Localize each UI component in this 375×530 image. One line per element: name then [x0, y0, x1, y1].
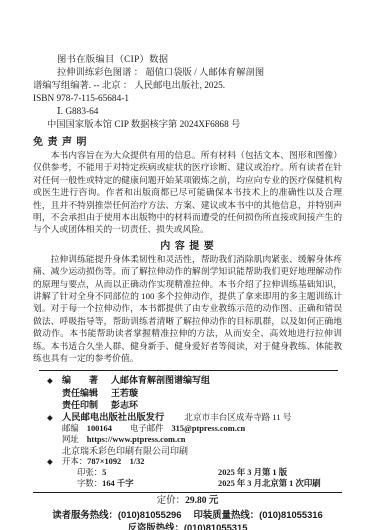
edition-value: 2025 年 3 月第 1 版 — [218, 468, 287, 479]
quality-hotline-label: 印装质量热线： — [194, 509, 260, 520]
email-label: 电子邮件 — [130, 424, 164, 433]
price-label: 定价： — [157, 496, 186, 506]
credit-role: 编 著 — [62, 374, 102, 386]
website-row: 网址https://www.ptpress.com.cn — [33, 435, 342, 446]
printer-row: 北京瑞禾彩色印刷有限公司印刷 — [33, 446, 342, 458]
colophon-top-divider — [39, 370, 338, 371]
cip-title: 图书在版编目（CIP）数据 — [33, 54, 342, 67]
cip-isbn: ISBN 978-7-115-65684-1 — [33, 93, 342, 106]
quality-hotline-value: (010)81055316 — [259, 509, 323, 520]
credit-row-author: ◆ 编 著 人邮体育解剖图谱编写组 — [33, 374, 342, 387]
email-value: 315@ptpress.com.cn — [171, 424, 245, 433]
publisher-address: 北京市丰台区成寿寺路 11 号 — [184, 411, 291, 424]
credit-role: 责任印制 — [62, 399, 102, 411]
abstract-section: 内 容 提 要 拉伸训练能提升身体柔韧性和灵活性，帮助我们消除肌肉紧张、缓解身体… — [33, 240, 342, 365]
abstract-title: 内 容 提 要 — [33, 240, 342, 253]
publisher-row: ◆ 人民邮电出版社出版发行 北京市丰台区成寿寺路 11 号 — [33, 411, 342, 425]
cip-record-number: 中国国家版本馆 CIP 数据核字第 2024XF6868 号 — [33, 119, 342, 132]
sheets-cell: 印张：5 — [62, 468, 218, 479]
cip-section: 图书在版编目（CIP）数据 拉伸训练彩色图谱 ： 超值口袋版 / 人邮体育解剖图… — [33, 54, 342, 132]
diamond-bullet-icon: ◆ — [47, 375, 62, 387]
hotline-row-1: 读者服务热线：(010)81055296印装质量热线：(010)81055316 — [33, 508, 342, 521]
cip-class-code: Ⅰ. G883-64 — [33, 106, 342, 119]
postcode-value: 100164 — [87, 424, 112, 433]
publisher-name: 人民邮电出版社出版发行 — [62, 412, 164, 425]
website-value: https://www.ptpress.com.cn — [87, 435, 186, 444]
price-divider — [33, 492, 342, 493]
spec-row-words-impression: 字数：164 千字 2025 年 3 月北京第 1 次印刷 — [33, 479, 342, 490]
postcode-email-row: 邮编100164 电子邮件315@ptpress.com.cn — [33, 424, 342, 435]
credit-role: 责任编辑 — [62, 387, 102, 399]
hotline-row-2: 反盗版热线：(010)81055315 — [33, 521, 342, 530]
disclaimer-section: 免 责 声 明 本书内容旨在为大众提供有用的信息。所有材料（包括文本、图形和图像… — [33, 136, 342, 236]
format-cell: 开本：787×1092 1/32 — [62, 457, 218, 468]
diamond-bullet-icon: ◆ — [47, 412, 62, 425]
format-value: 787×1092 1/32 — [87, 457, 144, 466]
spec-row-format: ◆ 开本：787×1092 1/32 — [33, 457, 342, 468]
sheets-label: 印张： — [77, 468, 102, 477]
disclaimer-title: 免 责 声 明 — [33, 136, 342, 149]
credit-name: 彭志环 — [111, 399, 138, 411]
credit-row-editor: 责任编辑 王若璇 — [33, 387, 342, 399]
abstract-body: 拉伸训练能提升身体柔韧性和灵活性，帮助我们消除肌肉紧张、缓解身体疼痛、减少运动损… — [33, 253, 342, 365]
credit-name: 王若璇 — [111, 387, 138, 399]
price-row: 定价：29.80 元 — [33, 495, 342, 508]
credit-row-printing-supervisor: 责任印制 彭志环 — [33, 399, 342, 411]
antipiracy-hotline-value: (010)81055315 — [184, 522, 248, 530]
sheets-value: 5 — [102, 468, 106, 477]
spec-row-sheets-edition: 印张：5 2025 年 3 月第 1 版 — [33, 468, 342, 479]
cip-line-2: 谱编写组编著. -- 北京 ： 人民邮电出版社, 2025. — [33, 80, 342, 93]
antipiracy-hotline-label: 反盗版热线： — [128, 522, 184, 530]
price-value: 29.80 元 — [185, 496, 218, 506]
book-copyright-page: 图书在版编目（CIP）数据 拉伸训练彩色图谱 ： 超值口袋版 / 人邮体育解剖图… — [0, 0, 375, 530]
words-label: 字数： — [77, 479, 102, 488]
website-label: 网址 — [62, 435, 79, 444]
impression-value: 2025 年 3 月北京第 1 次印刷 — [218, 479, 321, 490]
reader-hotline-label: 读者服务热线： — [52, 509, 118, 520]
cip-line-1: 拉伸训练彩色图谱 ： 超值口袋版 / 人邮体育解剖图 — [33, 67, 342, 80]
colophon-section: ◆ 编 著 人邮体育解剖图谱编写组 责任编辑 王若璇 责任印制 彭志环 ◆ 人民… — [33, 374, 342, 530]
format-label: 开本： — [62, 457, 87, 466]
words-cell: 字数：164 千字 — [62, 479, 218, 490]
disclaimer-body: 本书内容旨在为大众提供有用的信息。所有材料（包括文本、图形和图像）仅供参考，不能… — [33, 149, 342, 236]
diamond-bullet-icon: ◆ — [47, 457, 62, 468]
postcode-label: 邮编 — [62, 424, 79, 433]
reader-hotline-value: (010)81055296 — [118, 509, 182, 520]
words-value: 164 千字 — [102, 479, 133, 488]
credit-name: 人邮体育解剖图谱编写组 — [111, 374, 210, 386]
